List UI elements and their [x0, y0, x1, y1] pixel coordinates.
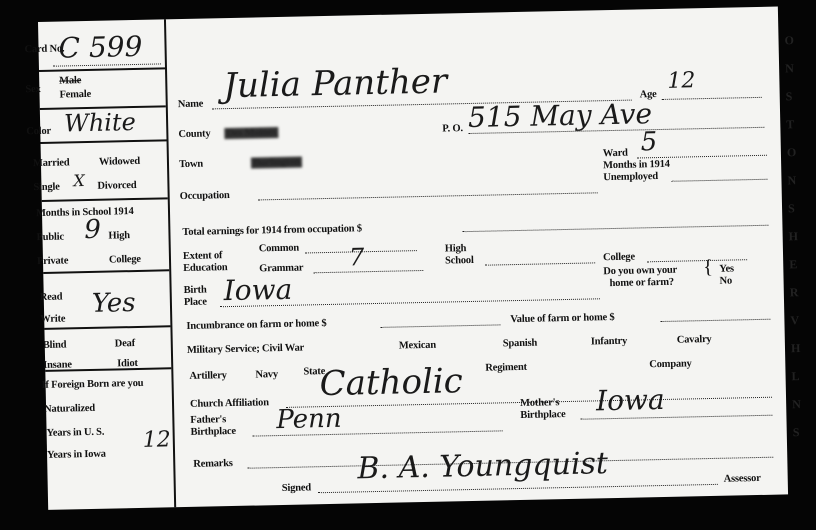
mother-birthplace-label-2: Birthplace — [520, 409, 565, 421]
mother-birthplace-label: Mother's — [520, 397, 559, 409]
edge-letter: S — [792, 418, 813, 446]
divorced-label: Divorced — [97, 180, 136, 192]
college-main-label: College — [603, 252, 635, 264]
own-yes-option: Yes — [719, 263, 734, 274]
private-label: Private — [37, 255, 68, 267]
card-no-value: C 599 — [58, 30, 142, 65]
edge-letter: L — [791, 362, 812, 390]
incumbrance-label: Incumbrance on farm or home $ — [186, 318, 326, 332]
widowed-label: Widowed — [99, 156, 140, 168]
dotted-line — [647, 259, 747, 262]
education-label-2: Education — [183, 262, 228, 274]
grammar-value: 7 — [349, 243, 365, 271]
college-label: College — [109, 254, 141, 266]
deaf-label: Deaf — [115, 338, 135, 349]
naturalized-label: Naturalized — [44, 403, 95, 415]
mexican-label: Mexican — [399, 340, 436, 352]
divider — [44, 325, 170, 330]
church-label: Church Affiliation — [190, 397, 269, 410]
edge-letter: H — [788, 222, 809, 250]
dotted-line — [380, 324, 500, 328]
birthplace-value: Iowa — [223, 273, 292, 307]
next-card-edge: O N S T O N S H E R V H L N S — [784, 26, 813, 446]
own-home-label-2: home or farm? — [609, 277, 673, 289]
company-label: Company — [649, 358, 692, 370]
dotted-line — [671, 179, 767, 182]
ward-label: Ward — [603, 148, 628, 160]
read-label: Read — [40, 292, 63, 303]
spanish-label: Spanish — [503, 338, 537, 350]
dotted-line — [485, 262, 595, 265]
occupation-label: Occupation — [180, 190, 230, 202]
county-value: Des Moines — [224, 127, 278, 139]
years-in-iowa-label: Years in Iowa — [47, 449, 106, 461]
mother-birthplace-value: Iowa — [596, 383, 665, 417]
artillery-label: Artillery — [189, 370, 226, 382]
father-birthplace-label: Father's — [190, 414, 226, 426]
edge-letter: O — [784, 26, 805, 54]
assessor-label: Assessor — [724, 473, 761, 485]
dotted-line — [313, 270, 423, 273]
own-no-option: No — [719, 276, 732, 287]
color-label: Color — [26, 126, 51, 138]
name-label: Name — [178, 99, 204, 111]
high-label: High — [108, 230, 130, 241]
town-label: Town — [179, 159, 203, 170]
name-value: Julia Panther — [223, 61, 448, 106]
navy-label: Navy — [255, 369, 278, 380]
divider — [42, 197, 168, 202]
infantry-label: Infantry — [591, 336, 628, 348]
insane-label: Insane — [43, 359, 72, 371]
edge-letter: S — [788, 194, 809, 222]
edge-letter: N — [787, 166, 808, 194]
edge-letter: N — [792, 390, 813, 418]
divider — [39, 67, 165, 72]
write-label: Write — [40, 313, 65, 325]
po-value: 515 May Ave — [468, 97, 653, 134]
po-label: P. O. — [442, 123, 463, 134]
common-label: Common — [259, 243, 299, 255]
father-birthplace-value: Penn — [276, 404, 342, 435]
blind-label: Blind — [43, 339, 67, 350]
edge-letter: O — [787, 138, 808, 166]
county-label: County — [178, 128, 210, 140]
earnings-label: Total earnings for 1914 from occupation … — [182, 223, 362, 238]
cavalry-label: Cavalry — [677, 334, 712, 346]
census-card: Card No. C 599 Sex Male Female Color Whi… — [38, 7, 788, 510]
months-unemployed-label: Months in 1914 — [603, 159, 670, 171]
birthplace-label: Birth — [184, 285, 207, 296]
church-value: Catholic — [319, 361, 463, 404]
edge-letter: V — [790, 306, 811, 334]
sex-label: Sex — [25, 84, 40, 95]
unemployed-label: Unemployed — [603, 171, 658, 183]
single-label: Single — [33, 182, 59, 194]
high-school-label-2: School — [445, 255, 474, 267]
birthplace-label-2: Place — [184, 297, 207, 308]
military-label: Military Service; Civil War — [187, 343, 304, 356]
read-write-value: Yes — [92, 288, 136, 319]
town-value: Burlington — [251, 157, 302, 169]
education-label: Extent of — [183, 250, 223, 262]
age-value: 12 — [667, 68, 696, 94]
edge-letter: T — [786, 110, 807, 138]
dotted-line — [660, 319, 770, 322]
color-value: White — [64, 108, 136, 137]
edge-letter: H — [791, 334, 812, 362]
dotted-line — [258, 192, 598, 200]
dotted-line — [462, 225, 768, 232]
sex-option-male: Male — [59, 75, 81, 86]
divider — [43, 269, 169, 274]
edge-letter: R — [790, 278, 811, 306]
dotted-line — [662, 97, 762, 100]
signed-value: B. A. Youngquist — [357, 446, 608, 486]
signed-label: Signed — [282, 482, 311, 494]
regiment-label: Regiment — [485, 362, 527, 374]
ward-value: 5 — [640, 127, 657, 157]
public-value: 9 — [84, 215, 101, 245]
remarks-label: Remarks — [193, 458, 233, 470]
public-label: Public — [36, 232, 64, 244]
own-home-label: Do you own your — [603, 265, 677, 278]
years-in-iowa-value: 12 — [143, 427, 172, 453]
edge-letter: E — [789, 250, 810, 278]
edge-letter: S — [785, 82, 806, 110]
divider — [41, 139, 167, 144]
idiot-label: Idiot — [117, 358, 138, 369]
value-label: Value of farm or home $ — [510, 312, 614, 325]
married-label: Married — [33, 157, 70, 169]
father-birthplace-label-2: Birthplace — [191, 426, 236, 438]
single-mark: X — [73, 171, 85, 190]
years-in-us-label: Years in U. S. — [47, 427, 105, 439]
foreign-born-label: If Foreign Born are you — [41, 378, 143, 391]
sex-option-female: Female — [59, 89, 91, 101]
edge-letter: N — [785, 54, 806, 82]
brace-icon: { — [703, 262, 713, 273]
high-school-label: High — [445, 243, 467, 254]
